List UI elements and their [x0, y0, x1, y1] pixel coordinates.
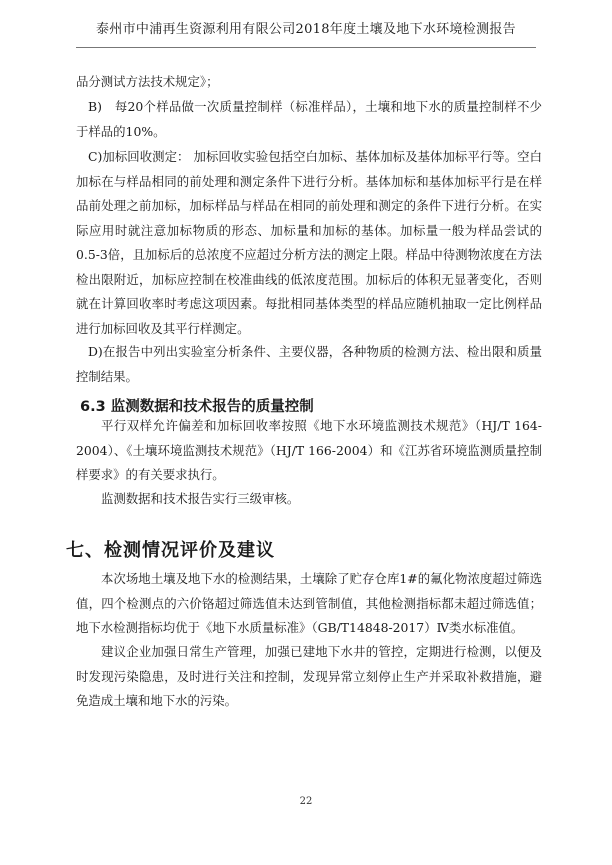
header-divider [76, 47, 536, 48]
list-item-b: B) 每20个样品做一次质量控制样（标准样品），土壤和地下水的质量控制样不少于样… [76, 95, 542, 144]
chapter-7-paragraph-2: 建议企业加强日常生产管理，加强已建地下水井的管控，定期进行检测，以便及时发现污染… [76, 640, 542, 714]
running-header: 泰州市中浦再生资源利用有限公司2018年度土壤及地下水环境检测报告 [76, 18, 536, 37]
list-item-d: D)在报告中列出实验室分析条件、主要仪器，各种物质的检测方法、检出限和质量控制结… [76, 340, 542, 389]
section-6-3-paragraph-1: 平行双样允许偏差和加标回收率按照《地下水环境监测技术规范》（HJ/T 164-2… [76, 414, 542, 488]
list-item-c: C)加标回收测定： 加标回收实验包括空白加标、基体加标及基体加标平行等。空白加标… [76, 145, 542, 341]
section-6-3-paragraph-2: 监测数据和技术报告实行三级审核。 [76, 487, 542, 512]
section-heading-6-3: 6.3 监测数据和技术报告的质量控制 [80, 395, 314, 416]
page-number: 22 [0, 796, 612, 807]
chapter-7-paragraph-1: 本次场地土壤及地下水的检测结果，土壤除了贮存仓库1#的氟化物浓度超过筛选值，四个… [76, 567, 542, 641]
paragraph-continuation: 品分测试方法技术规定》； [76, 70, 542, 95]
chapter-heading-7: 七、检测情况评价及建议 [66, 536, 275, 562]
